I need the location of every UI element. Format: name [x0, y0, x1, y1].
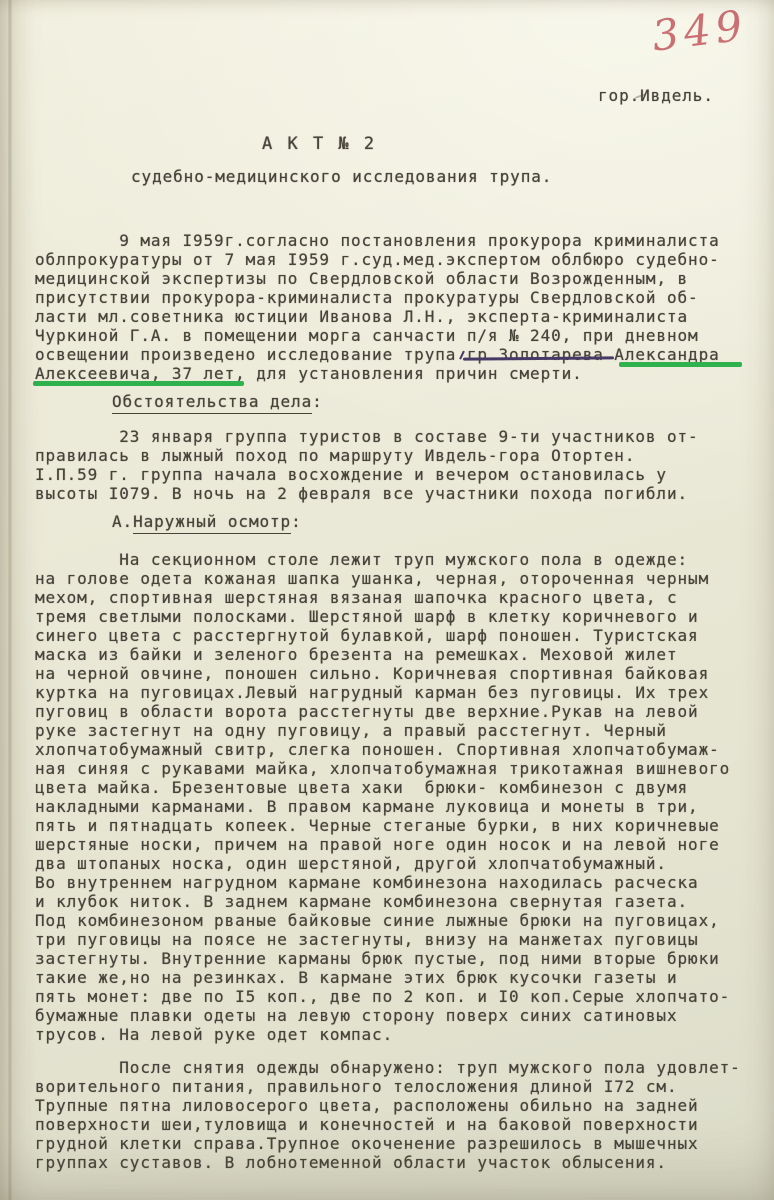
document-title: А К Т № 2: [262, 134, 377, 154]
text-line: бумажные плавки одеты на левую сторону п…: [35, 1006, 730, 1025]
text-line: облпрокуратуры от 7 мая I959 г.суд.мед.э…: [35, 250, 720, 269]
handwritten-page-number: 349: [649, 0, 749, 60]
text-line: на черной овчине, поношен сильно. Коричн…: [35, 664, 730, 683]
text-line: тремя светлыми полосками. Шерстяной шарф…: [35, 607, 730, 626]
paragraph-preamble: 9 мая I959г.согласно постановления проку…: [35, 231, 720, 383]
text-line: Чуркиной Г.А. в помещении морга санчасти…: [35, 326, 720, 345]
city-line: гор.Ивдель.: [598, 86, 714, 105]
heading-underlined-text: Обстоятельства дела: [112, 392, 312, 414]
text-line: ласти мл.советника юстиции Иванова Л.Н.,…: [35, 307, 720, 326]
text-line: I.П.59 г. группа начала восхождение и ве…: [35, 465, 699, 484]
text-line: медицинской экспертизы по Свердловской о…: [35, 269, 720, 288]
green-marker-underline-patronymic: [33, 381, 244, 386]
text-line: на голове одета кожаная шапка ушанка, че…: [35, 569, 730, 588]
text-line: ворительного питания, правильного телосл…: [35, 1077, 741, 1096]
text-line: правилась в лыжный поход по маршруту Ивд…: [35, 446, 699, 465]
text-line: хлопчатобумажный свитр, слегка поношен. …: [35, 740, 730, 759]
text-line: высоты I079. В ночь на 2 февраля все уча…: [35, 484, 699, 503]
text-line: На секционном столе лежит труп мужского …: [35, 550, 730, 569]
text-line: освещении произведено исследование трупа…: [35, 345, 720, 364]
text-line: накладными карманами. В правом кармане л…: [35, 797, 730, 816]
document-page: 349 гор.Ивдель. А К Т № 2 судебно-медици…: [0, 0, 774, 1200]
text-line: цвета майка. Брезентовые цвета хаки брюк…: [35, 778, 730, 797]
document-subtitle: судебно-медицинского исследования трупа.: [131, 167, 552, 186]
text-line: куртка на пуговицах.Левый нагрудный карм…: [35, 683, 730, 702]
section-heading-circumstances: Обстоятельства дела:: [112, 392, 323, 411]
text-line: группах суставов. В лобнотеменной област…: [35, 1153, 741, 1172]
text-line: такие же,но на резинках. В кармане этих …: [35, 968, 730, 987]
text-line: шерстяные носки, причем на правой ноге о…: [35, 835, 730, 854]
text-line: ная синяя с рукавами майка, хлопчатобума…: [35, 759, 730, 778]
text-line: трусов. На левой руке одет компас.: [35, 1025, 730, 1044]
text-line: руке застегнут на одну пуговицу, а правы…: [35, 721, 730, 740]
green-marker-underline-first-name: [619, 362, 742, 367]
text-line: пять и пятнадцать копеек. Черные стеганы…: [35, 816, 730, 835]
paragraph-external-exam: На секционном столе лежит труп мужского …: [35, 550, 730, 1044]
text-line: и клубок ниток. В заднем кармане комбине…: [35, 892, 730, 911]
text-line: застегнуты. Внутренние карманы брюк пуст…: [35, 949, 730, 968]
text-line: 23 января группа туристов в составе 9-ти…: [35, 427, 699, 446]
heading-colon: :: [312, 392, 323, 411]
section-heading-external-exam: А.Наружный осмотр:: [112, 512, 302, 531]
paragraph-circumstances: 23 января группа туристов в составе 9-ти…: [35, 427, 699, 503]
text-line: Под комбинезоном рваные байковые синие л…: [35, 911, 730, 930]
text-line: пуговиц в области ворота расстегнуты две…: [35, 702, 730, 721]
text-line: 9 мая I959г.согласно постановления проку…: [35, 231, 720, 250]
text-line: три пуговицы на поясе не застегнуты, вни…: [35, 930, 730, 949]
text-line: мехом, спортивная шерстяная вязаная шапо…: [35, 588, 730, 607]
text-line: Трупные пятна лиловосерого цвета, распол…: [35, 1096, 741, 1115]
text-line: два штопаных носка, один шерстяной, друг…: [35, 854, 730, 873]
heading-underlined-text: Наружный осмотр: [133, 512, 291, 534]
text-line: грудной клетки справа.Трупное окоченение…: [35, 1134, 741, 1153]
paragraph-after-undressing: После снятия одежды обнаружено: труп муж…: [35, 1058, 741, 1172]
heading-prefix: А.: [112, 512, 133, 531]
heading-colon: :: [291, 512, 302, 531]
text-line: поверхности шеи,туловища и конечностей и…: [35, 1115, 741, 1134]
text-line: Во внутреннем нагрудном кармане комбинез…: [35, 873, 730, 892]
text-line: пять монет: две по I5 коп., две по 2 коп…: [35, 987, 730, 1006]
text-line: синего цвета с расстергнутой булавкой, ш…: [35, 626, 730, 645]
text-line: маска из байки и зеленого брезента на ре…: [35, 645, 730, 664]
text-line: присутствии прокурора-криминалиста проку…: [35, 288, 720, 307]
text-line: После снятия одежды обнаружено: труп муж…: [35, 1058, 741, 1077]
